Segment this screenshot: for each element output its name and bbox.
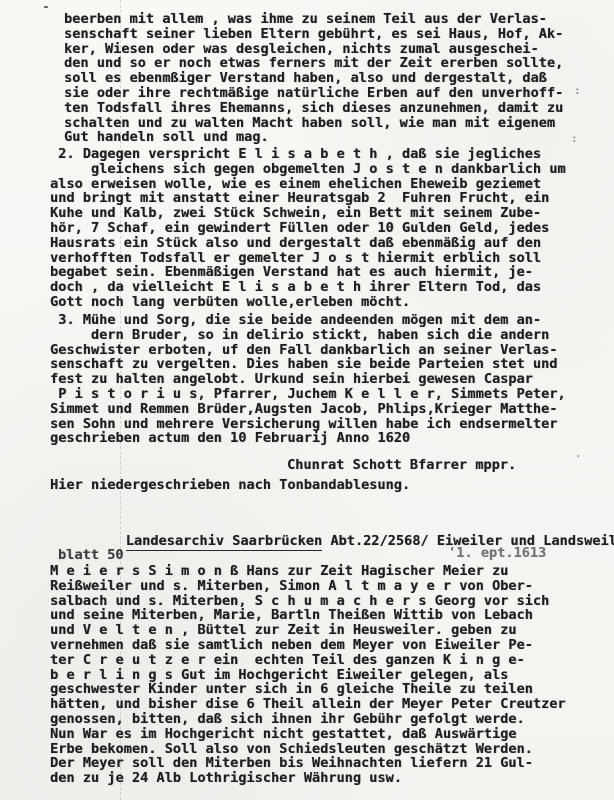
scanned-document-page: - : : . beerben mit allem , was ihme zu … [0, 0, 614, 800]
sheet-number: blatt 50 [58, 548, 123, 563]
text-line: den zu je 24 Alb Lothrigischer Währung u… [50, 771, 566, 786]
text-line: Gott noch lang verbüten wolle,erleben mö… [50, 295, 566, 310]
text-line: schalten und zu walten Macht haben soll,… [64, 116, 563, 131]
text-line: hör, 7 Schaf, ein gewindert Füllen oder … [50, 221, 566, 236]
text-line: doch , da vielleicht E l i s a b e t h i… [50, 280, 566, 295]
text-line: ten Todsfall ihres Ehemanns, sich dieses… [64, 101, 563, 116]
stray-ink-mark: - [42, 0, 50, 15]
text-line: soll es ebenmßiger Verstand haben, also … [64, 71, 563, 86]
text-line: sie oder ihre rechtmäßige natürliche Erb… [64, 86, 563, 101]
text-line: P i s t o r i u s, Pfarrer, Juchem K e l… [50, 387, 566, 402]
stray-ink-mark: : [574, 84, 581, 97]
archive-name: Landesarchiv Saarbrücken [126, 533, 322, 551]
text-line: Nun War es im Hochgericht nicht gestatte… [50, 727, 566, 742]
text-line: 3. Mühe und Sorg, die sie beide andeende… [50, 313, 566, 328]
text-line: senschaft seiner lieben Eltern gebührt, … [64, 27, 563, 42]
transcription-note: Hier niedergeschrieben nach Tonbandables… [50, 478, 410, 493]
text-line: den und so er noch etwas ferners mit der… [64, 56, 563, 71]
text-line: dern Bruder, so in delirio stickt, haben… [50, 328, 566, 343]
signature-line: Chunrat Schott Bfarrer mppr. [287, 458, 516, 473]
text-line: und seine Miterben, Marie, Bartln Theiße… [50, 608, 566, 623]
sheet-date: '1. ept.1613 [448, 546, 546, 561]
text-line: gleichens sich gegen obgemelten J o s t … [50, 162, 566, 177]
text-line: fest zu halten angelobt. Urkund sein hie… [50, 372, 566, 387]
text-line: Reißweiler und s. Miterben, Simon A l t … [50, 579, 566, 594]
numbered-item-3: 3. Mühe und Sorg, die sie beide andeende… [50, 313, 566, 446]
text-line: senschaft zu vergelten. Dies haben sie b… [50, 357, 566, 372]
text-line: ter C r e u t z e r ein echten Teil des … [50, 653, 566, 668]
text-line: M e i e r s S i m o n ß Hans zur Zeit Ha… [50, 564, 566, 579]
paragraph-continuation: beerben mit allem , was ihme zu seinem T… [64, 12, 563, 145]
stray-ink-mark: . [575, 447, 582, 460]
text-line: und bringt mit anstatt einer Heuratsgab … [50, 191, 566, 206]
text-line: genossen, bitten, daß sich ihnen ihr Geb… [50, 712, 566, 727]
text-line: Kuhe und Kalb, zwei Stück Schwein, ein B… [50, 206, 566, 221]
text-line: Simmet und Remmen Brüder,Augsten Jacob, … [50, 402, 566, 417]
record-paragraph: M e i e r s S i m o n ß Hans zur Zeit Ha… [50, 564, 566, 786]
text-line: Der Meyer soll den Miterben bis Weihnach… [50, 756, 566, 771]
text-line: geschrieben actum den 10 Februarij Anno … [50, 431, 566, 446]
text-line: beerben mit allem , was ihme zu seinem T… [64, 12, 563, 27]
text-line: vernehmen daß sie samtlich neben dem Mey… [50, 638, 566, 653]
stray-ink-mark: : [571, 132, 578, 145]
text-line: und V e l t e n , Büttel zur Zeit in Heu… [50, 623, 566, 638]
text-line: 2. Dagegen verspricht E l i s a b e t h … [50, 147, 566, 162]
numbered-item-2: 2. Dagegen verspricht E l i s a b e t h … [50, 147, 566, 310]
text-line: geschwester Kinder unter sich in 6 gleic… [50, 682, 566, 697]
text-line: Gut handeln soll und mag. [64, 130, 563, 145]
text-line: begabet sein. Ebenmäßigen Verstand hat e… [50, 265, 566, 280]
text-line: Hausrats ein Stück also und dergestalt d… [50, 236, 566, 251]
text-line: hätten, und bisher dise 6 Theil allein d… [50, 697, 566, 712]
